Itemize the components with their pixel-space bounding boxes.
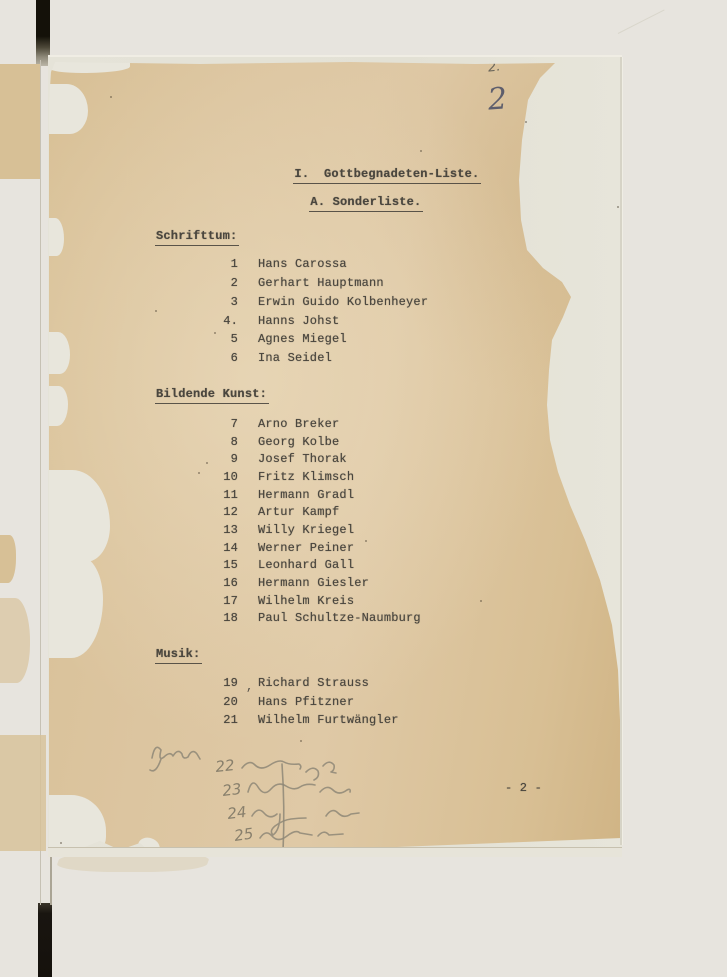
list-item-name: Wilhelm Kreis [258,595,354,607]
paper-speck [300,740,302,742]
paper-speck [198,472,200,474]
list-item-name: Hanns Johst [258,315,339,327]
list-item-name: Georg Kolbe [258,436,339,448]
list-item: 19Richard Strauss [48,677,608,691]
list-item-name: Hans Pfitzner [258,696,354,708]
paper-speck [206,462,208,464]
section-heading: Bildende Kunst: [156,388,269,404]
list-item: 8Georg Kolbe [48,436,608,450]
section-heading: Musik: [156,648,202,664]
list-item-number: 13 [188,524,250,536]
paper-speck [365,540,367,542]
list-item-number: 12 [188,506,250,518]
list-item-name: Hans Carossa [258,258,347,270]
list-item-number: 15 [188,559,250,571]
section-heading-label: Schrifttum: [155,230,239,246]
list-item-name: Werner Peiner [258,542,354,554]
list-item-number: 5 [188,333,238,345]
corner-mark-ink: 2 [487,81,508,117]
list-item: 12Artur Kampf [48,506,608,520]
sleeve-right-edge [620,57,623,845]
binding-strip-bottom [38,903,52,977]
list-item: 18Paul Schultze-Naumburg [48,612,608,626]
section-heading: Schrifttum: [156,230,239,246]
handwritten-scribble [260,832,343,840]
list-item: 3Erwin Guido Kolbenheyer [48,296,608,310]
handwritten-annotations: 22 23 24 25 [140,728,440,863]
list-item-number: 8 [188,436,238,448]
handwritten-number: 24 [226,803,247,823]
margin-paper-remnant [0,64,40,179]
page-number: - 2 - [505,782,542,794]
torn-patch [50,62,130,73]
list-item: 13Willy Kriegel [48,524,608,538]
list-item: 9Josef Thorak [48,453,608,467]
list-item: 4.Hanns Johst [48,315,608,329]
list-item-name: Fritz Klimsch [258,471,354,483]
list-item-name: Agnes Miegel [258,333,347,345]
list-item-name: Leonhard Gall [258,559,354,571]
document-subtitle: A. Sonderliste. [266,184,423,224]
paper-speck [525,121,527,123]
sleeve-corner-fold [618,9,665,33]
paper-speck [617,206,619,208]
list-item-name: Richard Strauss [258,677,369,689]
list-item: 1Hans Carossa [48,258,608,272]
section-heading-label: Bildende Kunst: [155,388,269,404]
handwritten-word [150,747,200,771]
list-item-number: 6 [188,352,238,364]
list-item-name: Willy Kriegel [258,524,354,536]
list-item-number: 1 [188,258,238,270]
handwritten-number: 23 [221,780,242,800]
handwritten-scribble [242,761,336,780]
margin-paper-remnant [0,598,30,683]
list-item: 6Ina Seidel [48,352,608,366]
paper-speck [155,310,157,312]
list-item-name: Ina Seidel [258,352,332,364]
list-item: 16Hermann Giesler [48,577,608,591]
list-item: 11Hermann Gradl [48,489,608,503]
list-item-number: 19 [188,677,250,689]
scanned-document-page: 2. 2 I. Gottbegnadeten-Liste. A. Sonderl… [0,0,727,977]
list-item-name: Erwin Guido Kolbenheyer [258,296,428,308]
list-item-number: 21 [188,714,250,726]
margin-paper-remnant [0,735,46,851]
list-item: 21Wilhelm Furtwängler [48,714,608,728]
paper-speck [480,600,482,602]
paper-speck [60,842,62,844]
list-item: 14Werner Peiner [48,542,608,556]
list-item-number: 11 [188,489,250,501]
list-item-name: Hermann Gradl [258,489,354,501]
list-item-name: Arno Breker [258,418,339,430]
list-item-number: 7 [188,418,238,430]
section-heading-label: Musik: [155,648,202,664]
list-item-name: Hermann Giesler [258,577,369,589]
list-item-number: 3 [188,296,238,308]
handwritten-number: 22 [215,756,236,776]
list-item-number: 16 [188,577,250,589]
list-item-number: 4. [188,315,238,327]
list-item: 20Hans Pfitzner [48,696,608,710]
sleeve-bottom-edge [48,847,622,857]
list-item-name: Wilhelm Furtwängler [258,714,399,726]
list-item: 17Wilhelm Kreis [48,595,608,609]
list-item-name: Josef Thorak [258,453,347,465]
list-item-number: 2 [188,277,238,289]
torn-patch [48,84,88,134]
list-item-name: Paul Schultze-Naumburg [258,612,421,624]
list-item: 7Arno Breker [48,418,608,432]
torn-patch [48,218,64,256]
paper-speck [214,332,216,334]
list-item-name: Gerhart Hauptmann [258,277,384,289]
list-item-number: 14 [188,542,250,554]
handwritten-scribble [248,783,350,793]
list-item-number: 18 [188,612,250,624]
list-item: 15Leonhard Gall [48,559,608,573]
list-item: 2Gerhart Hauptmann [48,277,608,291]
list-item-number: 17 [188,595,250,607]
paper-speck [110,96,112,98]
margin-paper-remnant [0,535,16,583]
handwritten-scribble [252,810,359,835]
list-item-name: Artur Kampf [258,506,339,518]
list-item: 5Agnes Miegel [48,333,608,347]
list-item-number: 20 [188,696,250,708]
list-item: 10Fritz Klimsch [48,471,608,485]
list-item-number: 9 [188,453,238,465]
handwritten-number: 25 [233,824,254,844]
stray-mark: , [246,680,253,694]
paper-speck [420,150,422,152]
